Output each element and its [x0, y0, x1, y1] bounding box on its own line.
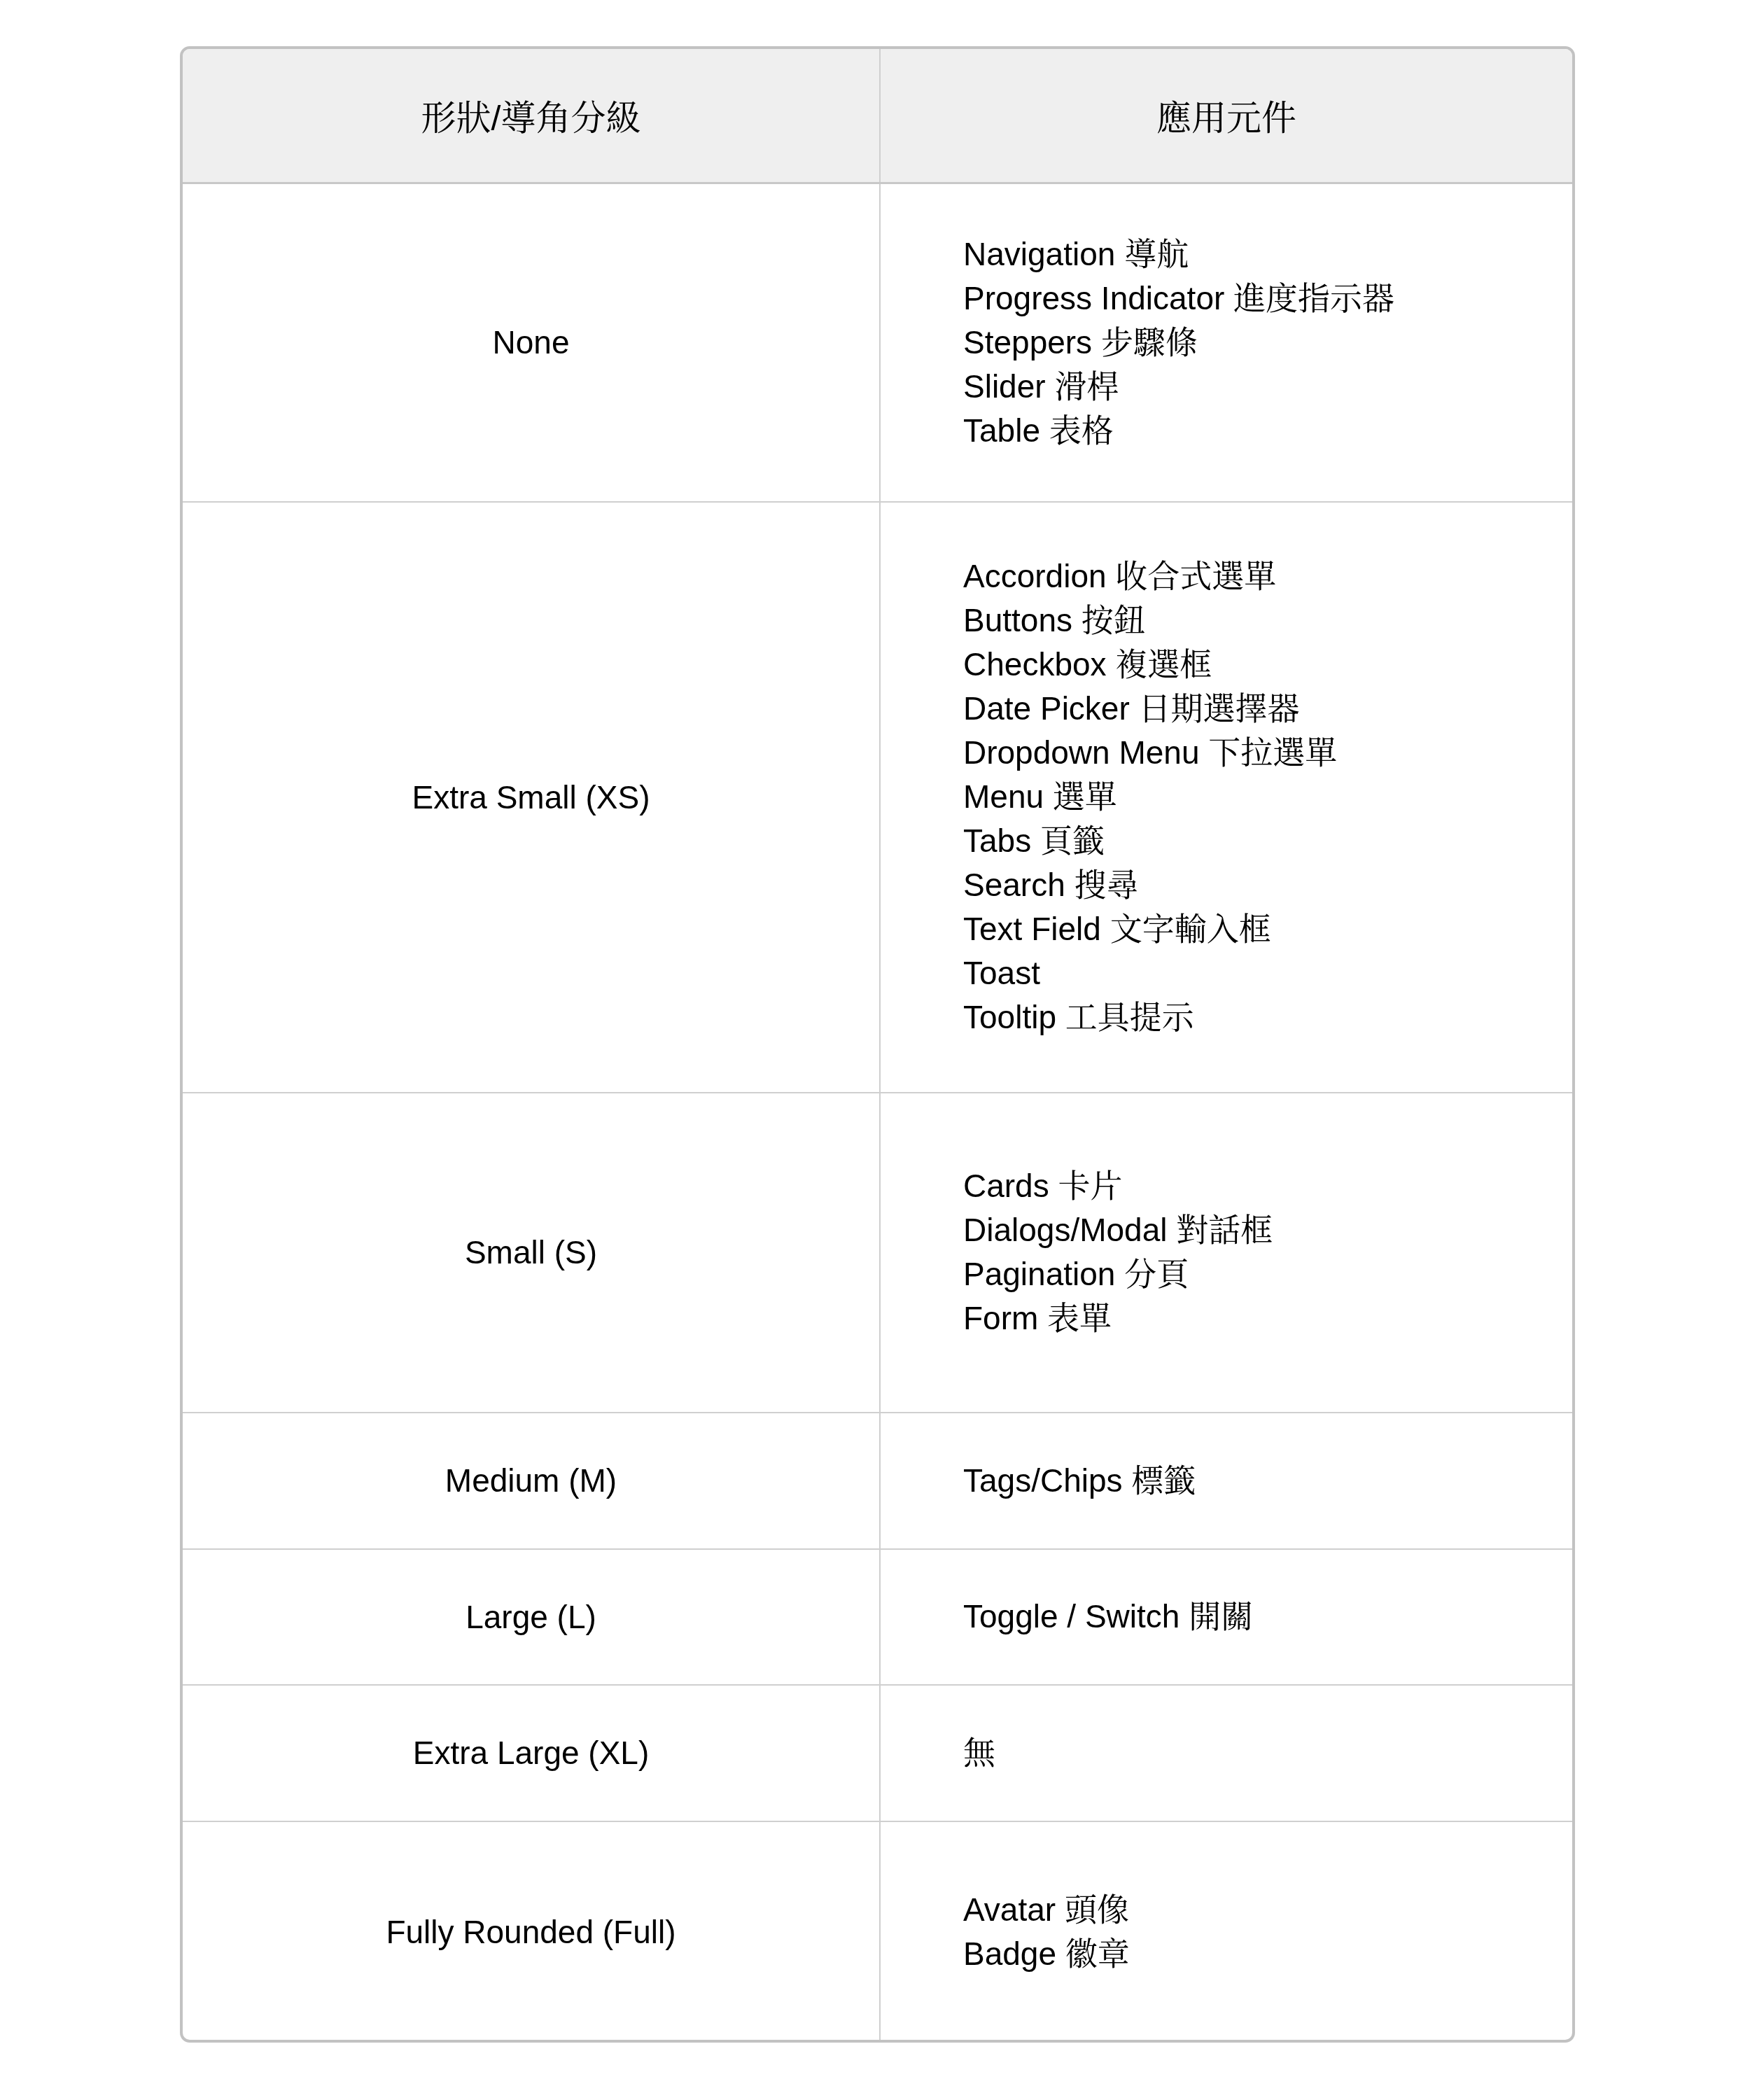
components-cell: Toggle / Switch 開關: [880, 1549, 1572, 1685]
component-item: Dropdown Menu 下拉選單: [963, 731, 1572, 775]
component-item: Pagination 分頁: [963, 1252, 1572, 1296]
component-item: Steppers 步驟條: [963, 321, 1572, 365]
table-row: Extra Small (XS)Accordion 收合式選單Buttons 按…: [183, 502, 1572, 1093]
shape-level-cell: Large (L): [183, 1549, 880, 1685]
components-list: Toggle / Switch 開關: [963, 1595, 1572, 1639]
component-item: Menu 選單: [963, 775, 1572, 819]
shape-level-cell: Fully Rounded (Full): [183, 1821, 880, 2043]
components-list: Accordion 收合式選單Buttons 按鈕Checkbox 複選框Dat…: [963, 554, 1572, 1039]
component-item: Accordion 收合式選單: [963, 554, 1572, 598]
component-item: Progress Indicator 進度指示器: [963, 276, 1572, 321]
components-cell: Accordion 收合式選單Buttons 按鈕Checkbox 複選框Dat…: [880, 502, 1572, 1093]
component-item: Avatar 頭像: [963, 1888, 1572, 1932]
component-item: Dialogs/Modal 對話框: [963, 1208, 1572, 1252]
table-row: NoneNavigation 導航Progress Indicator 進度指示…: [183, 183, 1572, 502]
shape-level-cell: Extra Large (XL): [183, 1685, 880, 1821]
component-item: Navigation 導航: [963, 232, 1572, 276]
component-item: Cards 卡片: [963, 1164, 1572, 1208]
components-cell: Avatar 頭像Badge 徽章: [880, 1821, 1572, 2043]
component-item: Tabs 頁籤: [963, 819, 1572, 863]
shape-radius-table-card: 形狀/導角分級 應用元件 NoneNavigation 導航Progress I…: [180, 46, 1575, 2043]
component-item: Toggle / Switch 開關: [963, 1595, 1572, 1639]
component-item: Tooltip 工具提示: [963, 995, 1572, 1039]
components-cell: Navigation 導航Progress Indicator 進度指示器Ste…: [880, 183, 1572, 502]
components-list: Tags/Chips 標籤: [963, 1459, 1572, 1503]
component-item: Text Field 文字輸入框: [963, 907, 1572, 951]
component-item: Badge 徽章: [963, 1932, 1572, 1976]
components-list: Cards 卡片Dialogs/Modal 對話框Pagination 分頁Fo…: [963, 1164, 1572, 1340]
header-shape-level: 形狀/導角分級: [183, 49, 880, 183]
components-cell: Cards 卡片Dialogs/Modal 對話框Pagination 分頁Fo…: [880, 1093, 1572, 1413]
shape-level-cell: Small (S): [183, 1093, 880, 1413]
component-item: Toast: [963, 951, 1572, 995]
component-item: Checkbox 複選框: [963, 643, 1572, 687]
table-row: Fully Rounded (Full)Avatar 頭像Badge 徽章: [183, 1821, 1572, 2043]
component-item: Tags/Chips 標籤: [963, 1459, 1572, 1503]
header-components: 應用元件: [880, 49, 1572, 183]
component-item: 無: [963, 1731, 1572, 1775]
table-row: Extra Large (XL)無: [183, 1685, 1572, 1821]
component-item: Date Picker 日期選擇器: [963, 687, 1572, 731]
shape-level-cell: Extra Small (XS): [183, 502, 880, 1093]
components-list: Avatar 頭像Badge 徽章: [963, 1888, 1572, 1976]
shape-level-cell: Medium (M): [183, 1413, 880, 1549]
component-item: Buttons 按鈕: [963, 598, 1572, 643]
table-row: Small (S)Cards 卡片Dialogs/Modal 對話框Pagina…: [183, 1093, 1572, 1413]
components-cell: Tags/Chips 標籤: [880, 1413, 1572, 1549]
table-row: Large (L)Toggle / Switch 開關: [183, 1549, 1572, 1685]
shape-radius-table: 形狀/導角分級 應用元件 NoneNavigation 導航Progress I…: [183, 49, 1572, 2043]
component-item: Search 搜尋: [963, 863, 1572, 907]
component-item: Table 表格: [963, 409, 1572, 453]
shape-level-cell: None: [183, 183, 880, 502]
component-item: Slider 滑桿: [963, 365, 1572, 409]
component-item: Form 表單: [963, 1296, 1572, 1340]
components-cell: 無: [880, 1685, 1572, 1821]
components-list: 無: [963, 1731, 1572, 1775]
table-header-row: 形狀/導角分級 應用元件: [183, 49, 1572, 183]
table-row: Medium (M)Tags/Chips 標籤: [183, 1413, 1572, 1549]
components-list: Navigation 導航Progress Indicator 進度指示器Ste…: [963, 232, 1572, 453]
